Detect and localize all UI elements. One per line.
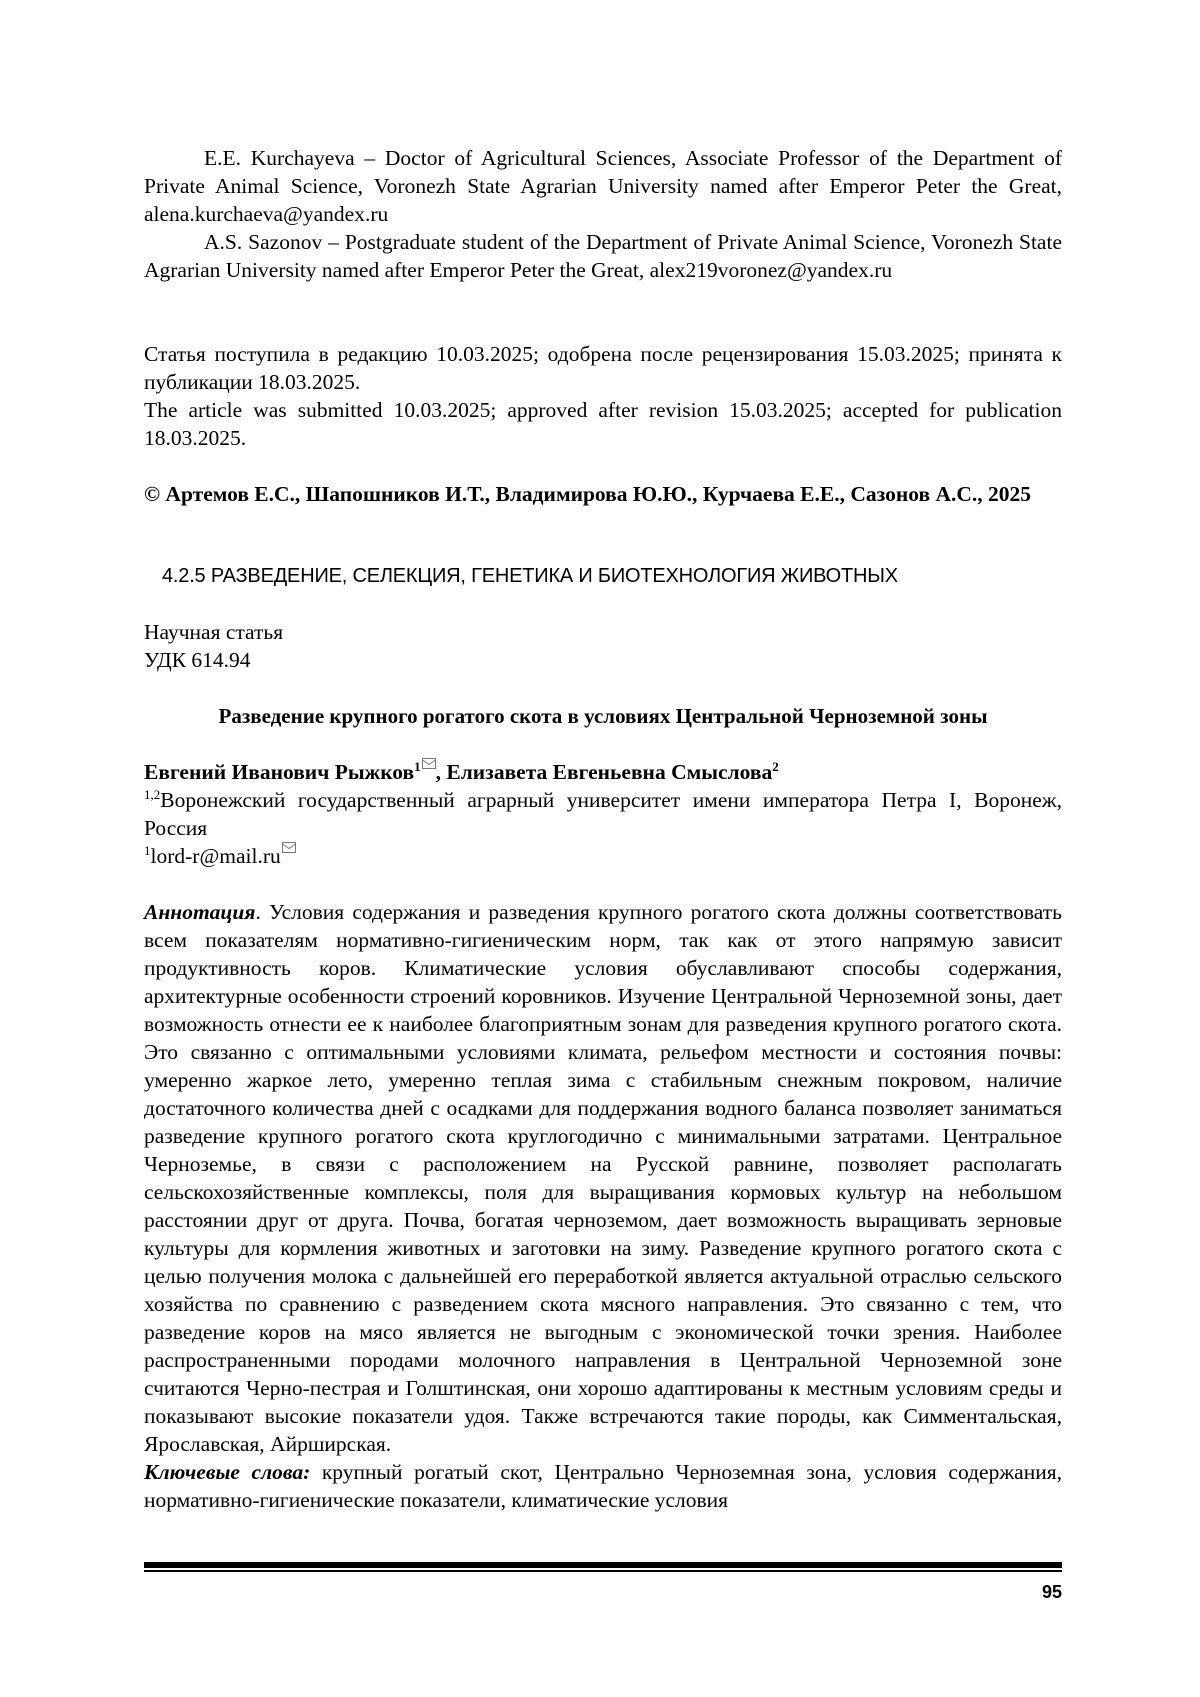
author-bio-sazonov: A.S. Sazonov – Postgraduate student of t… (144, 228, 1062, 284)
footer-rule-thick (144, 1562, 1062, 1568)
article-type: Научная статья (144, 618, 1062, 646)
udc-code: УДК 614.94 (144, 646, 1062, 674)
abstract: Аннотация. Условия содержания и разведен… (144, 898, 1062, 1458)
authors-block: Евгений Иванович Рыжков1, Елизавета Евге… (144, 758, 1062, 870)
author-name: Евгений Иванович Рыжков (144, 760, 414, 784)
footer-rule-thin (144, 1570, 1062, 1572)
specialty-rubric: 4.2.5 РАЗВЕДЕНИЕ, СЕЛЕКЦИЯ, ГЕНЕТИКА И Б… (162, 562, 1062, 590)
affiliation: 1,2Воронежский государственный аграрный … (144, 786, 1062, 842)
author-bio-kurchayeva: E.E. Kurchayeva – Doctor of Agricultural… (144, 144, 1062, 228)
abstract-block: Аннотация. Условия содержания и разведен… (144, 898, 1062, 1514)
keywords: Ключевые слова: крупный рогатый скот, Це… (144, 1458, 1062, 1514)
copyright-notice: © Артемов Е.С., Шапошников И.Т., Владими… (144, 480, 1062, 508)
article-dates-en: The article was submitted 10.03.2025; ap… (144, 396, 1062, 452)
article-meta: Научная статья УДК 614.94 (144, 618, 1062, 674)
affiliation-text: Воронежский государственный аграрный уни… (144, 788, 1062, 840)
contact-email: 1lord-r@mail.ru (144, 842, 1062, 870)
author-names: Евгений Иванович Рыжков1, Елизавета Евге… (144, 758, 1062, 786)
author-sup: 2 (772, 759, 779, 774)
author-separator: , (436, 760, 447, 784)
article-dates-ru: Статья поступила в редакцию 10.03.2025; … (144, 340, 1062, 396)
affiliation-sup: 1,2 (144, 787, 160, 802)
page-number: 95 (1000, 1582, 1062, 1603)
abstract-text: . Условия содержания и разведения крупно… (144, 900, 1062, 1456)
author-name: Елизавета Евгеньевна Смыслова (446, 760, 772, 784)
email-link[interactable]: lord-r@mail.ru (151, 844, 281, 868)
envelope-icon (422, 758, 436, 769)
author-sup: 1 (414, 759, 421, 774)
abstract-label: Аннотация (144, 900, 255, 924)
envelope-icon (282, 842, 296, 853)
keywords-label: Ключевые слова: (144, 1460, 310, 1484)
article-title: Разведение крупного рогатого скота в усл… (144, 702, 1062, 730)
article-dates: Статья поступила в редакцию 10.03.2025; … (144, 340, 1062, 452)
